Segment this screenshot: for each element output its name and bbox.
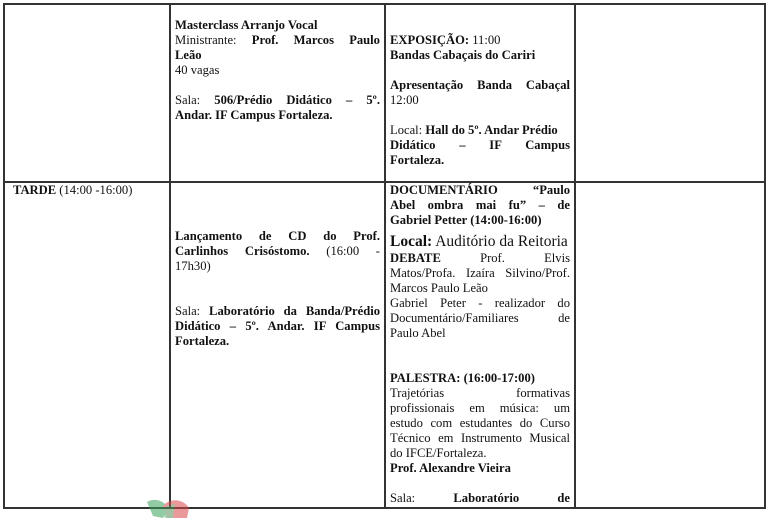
lancamento-sala-end: Fortaleza.	[175, 334, 380, 349]
tarde-label: TARDE (14:00 -16:00)	[13, 183, 163, 198]
row1-col4-cell	[577, 5, 763, 181]
lancamento-title: Lançamento de CD do Prof.	[175, 229, 380, 244]
palestra-line-4: Técnico em Instrumento Musical	[390, 431, 570, 446]
lancamento-sala-cont: Didático – 5º. Andar. IF Campus	[175, 319, 380, 334]
masterclass-title: Masterclass Arranjo Vocal	[175, 18, 380, 33]
documentario-local: Local: Auditório da Reitoria	[390, 232, 570, 251]
exposicao-heading: EXPOSIÇÃO: 11:00	[390, 33, 570, 48]
palestra-speaker: Prof. Alexandre Vieira	[390, 461, 570, 476]
institution-logo-icon	[143, 494, 195, 522]
lancamento-title-cont: Carlinhos Crisóstomo. (16:00 -	[175, 244, 380, 259]
document-page: Masterclass Arranjo Vocal Ministrante: P…	[0, 0, 768, 522]
apresentacao-time: 12:00	[390, 93, 570, 108]
masterclass-sala-cont: Andar. IF Campus Fortaleza.	[175, 108, 380, 123]
masterclass-ministrante: Ministrante: Prof. Marcos Paulo	[175, 33, 380, 48]
palestra-line-1: Trajetórias formativas	[390, 386, 570, 401]
palestra-line-2: profissionais em música: um	[390, 401, 570, 416]
debate-line-4: Gabriel Peter - realizador do	[390, 296, 570, 311]
debate-line-5: Documentário/Familiares de	[390, 311, 570, 326]
exposicao-cell: EXPOSIÇÃO: 11:00 Bandas Cabaçais do Cari…	[390, 33, 570, 168]
palestra-sala: Sala: Laboratório de	[390, 491, 570, 506]
table-border-right	[764, 3, 766, 509]
debate-line-6: Paulo Abel	[390, 326, 570, 341]
debate-heading: DEBATE Prof. Elvis	[390, 251, 570, 266]
table-col-divider-3	[574, 3, 576, 509]
exposicao-title: Bandas Cabaçais do Cariri	[390, 48, 570, 63]
documentario-cell: DOCUMENTÁRIO “Paulo Abel ombra mai fu” –…	[390, 183, 570, 506]
lancamento-sala: Sala: Laboratório da Banda/Prédio	[175, 304, 380, 319]
exposicao-local: Local: Hall do 5º. Andar Prédio	[390, 123, 570, 138]
palestra-line-3: estudo com estudantes do Curso	[390, 416, 570, 431]
palestra-heading: PALESTRA: (16:00-17:00)	[390, 371, 570, 386]
documentario-title-end: Gabriel Petter (14:00-16:00)	[390, 213, 570, 228]
masterclass-ministrante-cont: Leão	[175, 48, 380, 63]
exposicao-local-cont: Didático – IF Campus	[390, 138, 570, 153]
tarde-period-cell: TARDE (14:00 -16:00)	[13, 183, 163, 198]
apresentacao-title: Apresentação Banda Cabaçal	[390, 78, 570, 93]
row2-col4-cell	[577, 183, 763, 507]
table-col-divider-2	[384, 3, 386, 509]
debate-line-3: Marcos Paulo Leão	[390, 281, 570, 296]
row1-col1-cell	[5, 5, 168, 181]
documentario-title: DOCUMENTÁRIO “Paulo	[390, 183, 570, 198]
lancamento-cd-cell: Lançamento de CD do Prof. Carlinhos Cris…	[175, 229, 380, 349]
exposicao-local-end: Fortaleza.	[390, 153, 570, 168]
table-col-divider-1	[169, 3, 171, 509]
masterclass-vagas: 40 vagas	[175, 63, 380, 78]
documentario-title-cont: Abel ombra mai fu” – de	[390, 198, 570, 213]
masterclass-cell: Masterclass Arranjo Vocal Ministrante: P…	[175, 18, 380, 123]
lancamento-time-end: 17h30)	[175, 259, 380, 274]
palestra-line-5: do IFCE/Fortaleza.	[390, 446, 570, 461]
masterclass-sala: Sala: 506/Prédio Didático – 5º.	[175, 93, 380, 108]
debate-line-2: Matos/Profa. Izaíra Silvino/Prof.	[390, 266, 570, 281]
